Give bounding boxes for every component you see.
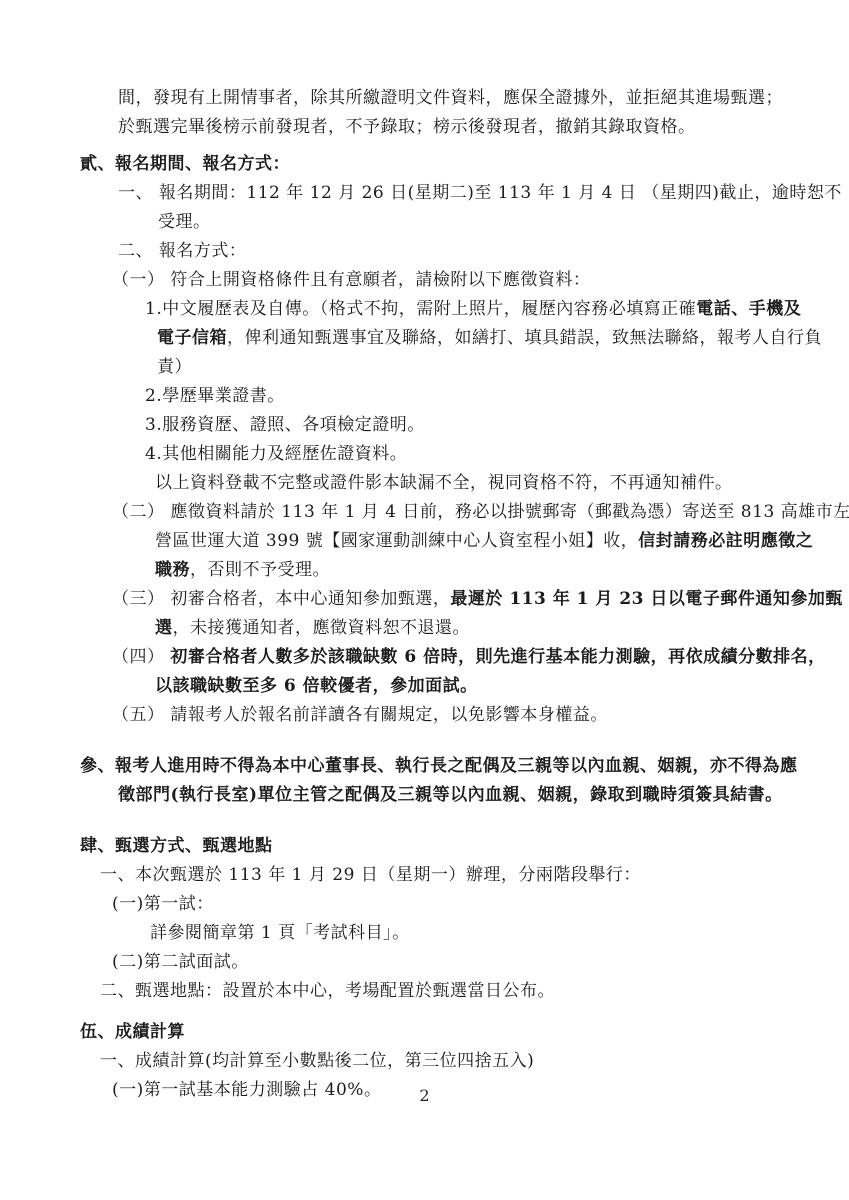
doc-text: ，否則不予受理。 — [190, 560, 330, 580]
doc-text: 營區世運大道 399 號【國家運動訓練中心人資室程小姐】收， — [155, 531, 638, 551]
doc-line: 以上資料登載不完整或證件影本缺漏不全，視同資格不符，不再通知補件。 — [0, 469, 849, 498]
doc-line: 以該職缺數至多 6 倍較優者，參加面試。 — [0, 672, 849, 701]
doc-line: (二)第二試面試。 — [0, 948, 849, 977]
document-page: 間，發現有上開情事者，除其所繳證明文件資料，應保全證據外，並拒絕其進場甄選；於甄… — [0, 0, 849, 1200]
doc-text: （三） 初審合格者，本中心通知參加甄選， — [112, 589, 450, 609]
doc-line: 徵部門(執行長室)單位主管之配偶及三親等以內血親、姻親，錄取到職時須簽具結書。 — [0, 781, 849, 810]
doc-line: 貳、報名期間、報名方式： — [0, 150, 849, 179]
doc-line: 二、 報名方式： — [0, 237, 849, 266]
doc-text-bold: 徵部門(執行長室)單位主管之配偶及三親等以內血親、姻親，錄取到職時須簽具結書。 — [118, 785, 783, 805]
doc-line: (一)第一試： — [0, 890, 849, 919]
doc-text-bold: 最遲於 113 年 1 月 23 日以電子郵件通知參加甄 — [450, 589, 842, 609]
doc-text: （一） 符合上開資格條件且有意願者，請檢附以下應徵資料： — [112, 270, 590, 290]
doc-line: 間，發現有上開情事者，除其所繳證明文件資料，應保全證據外，並拒絕其進場甄選； — [0, 84, 849, 113]
doc-text: (二)第二試面試。 — [112, 952, 249, 972]
doc-text: 責） — [157, 357, 192, 377]
document-body: 間，發現有上開情事者，除其所繳證明文件資料，應保全證據外，並拒絕其進場甄選；於甄… — [0, 84, 849, 1105]
doc-line: 二、甄選地點：設置於本中心，考場配置於甄選當日公布。 — [0, 977, 849, 1006]
doc-line: （二） 應徵資料請於 113 年 1 月 4 日前，務必以掛號郵寄（郵戳為憑）寄… — [0, 498, 849, 527]
doc-line: 電子信箱，俾利通知甄選事宜及聯絡，如繕打、填具錯誤，致無法聯絡，報考人自行負 — [0, 324, 849, 353]
doc-line: 一、成績計算(均計算至小數點後二位，第三位四捨五入) — [0, 1047, 849, 1076]
doc-text: 二、甄選地點：設置於本中心，考場配置於甄選當日公布。 — [100, 981, 555, 1001]
doc-line: 一、 報名期間：112 年 12 月 26 日(星期二)至 113 年 1 月 … — [0, 179, 849, 208]
doc-text: （四） — [112, 647, 170, 667]
doc-line: 1.中文履歷表及自傳。（格式不拘，需附上照片，履歷內容務必填寫正確電話、手機及 — [0, 295, 849, 324]
doc-text-bold: 伍、成績計算 — [80, 1022, 185, 1042]
doc-text-bold: 職務 — [155, 560, 190, 580]
doc-text-bold: 電子信箱 — [157, 328, 227, 348]
doc-line: （四） 初審合格者人數多於該職缺數 6 倍時，則先進行基本能力測驗，再依成績分數… — [0, 643, 849, 672]
doc-text: ，俾利通知甄選事宜及聯絡，如繕打、填具錯誤，致無法聯絡，報考人自行負 — [227, 328, 822, 348]
doc-text-bold: 以該職缺數至多 6 倍較優者，參加面試。 — [155, 676, 478, 696]
doc-text: 一、本次甄選於 113 年 1 月 29 日（星期一）辦理，分兩階段舉行： — [100, 865, 641, 885]
doc-text: （二） 應徵資料請於 113 年 1 月 4 日前，務必以掛號郵寄（郵戳為憑）寄… — [112, 502, 849, 522]
doc-line: （五） 請報考人於報名前詳讀各有關規定，以免影響本身權益。 — [0, 701, 849, 730]
doc-line: 受理。 — [0, 208, 849, 237]
doc-text: ，未接獲通知者，應徵資料恕不退還。 — [173, 618, 471, 638]
doc-text-bold: 貳、報名期間、報名方式： — [80, 154, 290, 174]
doc-text-bold: 參、報考人進用時不得為本中心董事長、執行長之配偶及三親等以內血親、姻親，亦不得為… — [80, 756, 798, 776]
doc-line: 詳參閱簡章第 1 頁「考試科目」。 — [0, 919, 849, 948]
doc-line: 責） — [0, 353, 849, 382]
doc-text-bold: 肆、甄選方式、甄選地點 — [80, 836, 273, 856]
doc-text-bold: 信封請務必註明應徵之 — [638, 531, 813, 551]
doc-text: 2.學歷畢業證書。 — [145, 386, 285, 406]
doc-text: 於甄選完畢後榜示前發現者，不予錄取；榜示後發現者，撤銷其錄取資格。 — [118, 117, 696, 137]
doc-text: (一)第一試： — [112, 894, 214, 914]
doc-text: 間，發現有上開情事者，除其所繳證明文件資料，應保全證據外，並拒絕其進場甄選； — [118, 88, 783, 108]
doc-line: 選，未接獲通知者，應徵資料恕不退還。 — [0, 614, 849, 643]
doc-line: 2.學歷畢業證書。 — [0, 382, 849, 411]
doc-text: 詳參閱簡章第 1 頁「考試科目」。 — [150, 923, 410, 943]
doc-text: 3.服務資歷、證照、各項檢定證明。 — [145, 415, 425, 435]
doc-text-bold: 電話、手機及 — [696, 299, 801, 319]
doc-text-bold: 選 — [155, 618, 173, 638]
doc-text: 受理。 — [158, 212, 211, 232]
doc-line: 4.其他相關能力及經歷佐證資料。 — [0, 440, 849, 469]
doc-line: 職務，否則不予受理。 — [0, 556, 849, 585]
doc-line: （一） 符合上開資格條件且有意願者，請檢附以下應徵資料： — [0, 266, 849, 295]
doc-line: 於甄選完畢後榜示前發現者，不予錄取；榜示後發現者，撤銷其錄取資格。 — [0, 113, 849, 142]
doc-text: 1.中文履歷表及自傳。（格式不拘，需附上照片，履歷內容務必填寫正確 — [145, 299, 696, 319]
doc-text: （五） 請報考人於報名前詳讀各有關規定，以免影響本身權益。 — [112, 705, 608, 725]
doc-line: 參、報考人進用時不得為本中心董事長、執行長之配偶及三親等以內血親、姻親，亦不得為… — [0, 752, 849, 781]
doc-text: 以上資料登載不完整或證件影本缺漏不全，視同資格不符，不再通知補件。 — [155, 473, 733, 493]
doc-line: 一、本次甄選於 113 年 1 月 29 日（星期一）辦理，分兩階段舉行： — [0, 861, 849, 890]
doc-text-bold: 初審合格者人數多於該職缺數 6 倍時，則先進行基本能力測驗，再依成績分數排名， — [170, 647, 825, 667]
doc-line: 3.服務資歷、證照、各項檢定證明。 — [0, 411, 849, 440]
doc-line: 肆、甄選方式、甄選地點 — [0, 832, 849, 861]
page-number: 2 — [0, 1086, 849, 1105]
doc-line: （三） 初審合格者，本中心通知參加甄選，最遲於 113 年 1 月 23 日以電… — [0, 585, 849, 614]
doc-text: 一、成績計算(均計算至小數點後二位，第三位四捨五入) — [100, 1051, 534, 1071]
doc-text: 4.其他相關能力及經歷佐證資料。 — [145, 444, 407, 464]
doc-text: 一、 報名期間：112 年 12 月 26 日(星期二)至 113 年 1 月 … — [118, 183, 842, 203]
doc-line: 營區世運大道 399 號【國家運動訓練中心人資室程小姐】收，信封請務必註明應徵之 — [0, 527, 849, 556]
doc-line: 伍、成績計算 — [0, 1018, 849, 1047]
doc-text: 二、 報名方式： — [118, 241, 246, 261]
